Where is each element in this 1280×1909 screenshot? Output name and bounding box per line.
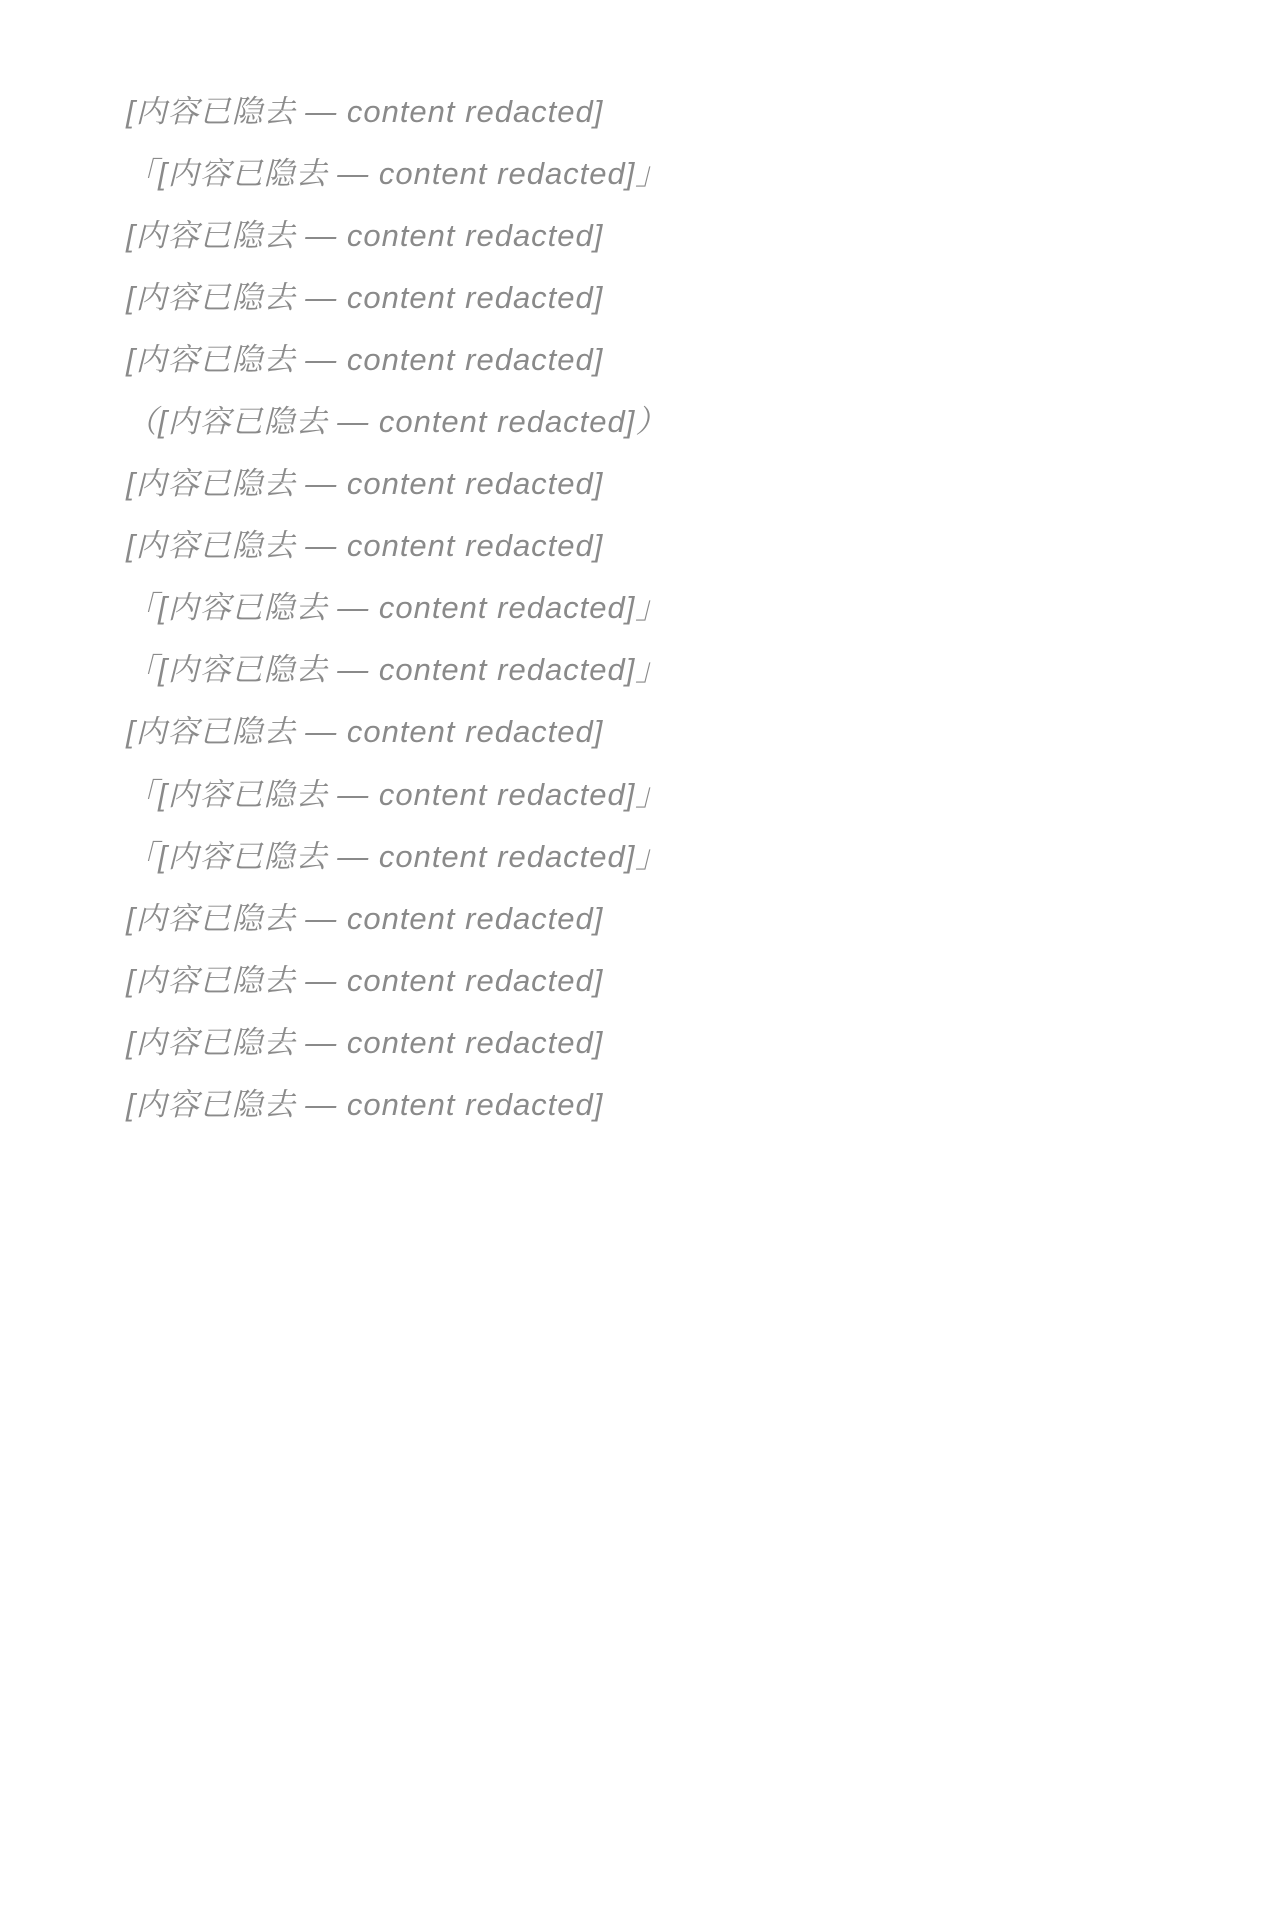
paragraph-narration: [内容已隐去 — content redacted]	[64, 212, 1216, 260]
paragraph-narration: [内容已隐去 — content redacted]	[64, 460, 1216, 508]
paragraph-narration: [内容已隐去 — content redacted]	[64, 336, 1216, 384]
paragraph-thought: （[内容已隐去 — content redacted]）	[64, 398, 1216, 446]
paragraph-narration: [内容已隐去 — content redacted]	[64, 708, 1216, 756]
paragraph-narration: [内容已隐去 — content redacted]	[64, 88, 1216, 136]
paragraph-narration: [内容已隐去 — content redacted]	[64, 1019, 1216, 1067]
document-page: [内容已隐去 — content redacted]「[内容已隐去 — cont…	[0, 0, 1280, 1909]
paragraph-narration: [内容已隐去 — content redacted]	[64, 895, 1216, 943]
paragraph-narration: [内容已隐去 — content redacted]	[64, 957, 1216, 1005]
paragraph-dialogue: 「[内容已隐去 — content redacted]」	[64, 833, 1216, 881]
paragraph-dialogue: 「[内容已隐去 — content redacted]」	[64, 150, 1216, 198]
paragraph-narration: [内容已隐去 — content redacted]	[64, 1081, 1216, 1129]
paragraph-dialogue: 「[内容已隐去 — content redacted]」	[64, 771, 1216, 819]
paragraph-dialogue: 「[内容已隐去 — content redacted]」	[64, 646, 1216, 694]
prose-body: [内容已隐去 — content redacted]「[内容已隐去 — cont…	[64, 88, 1216, 1129]
paragraph-dialogue: 「[内容已隐去 — content redacted]」	[64, 584, 1216, 632]
paragraph-narration: [内容已隐去 — content redacted]	[64, 274, 1216, 322]
paragraph-narration: [内容已隐去 — content redacted]	[64, 522, 1216, 570]
